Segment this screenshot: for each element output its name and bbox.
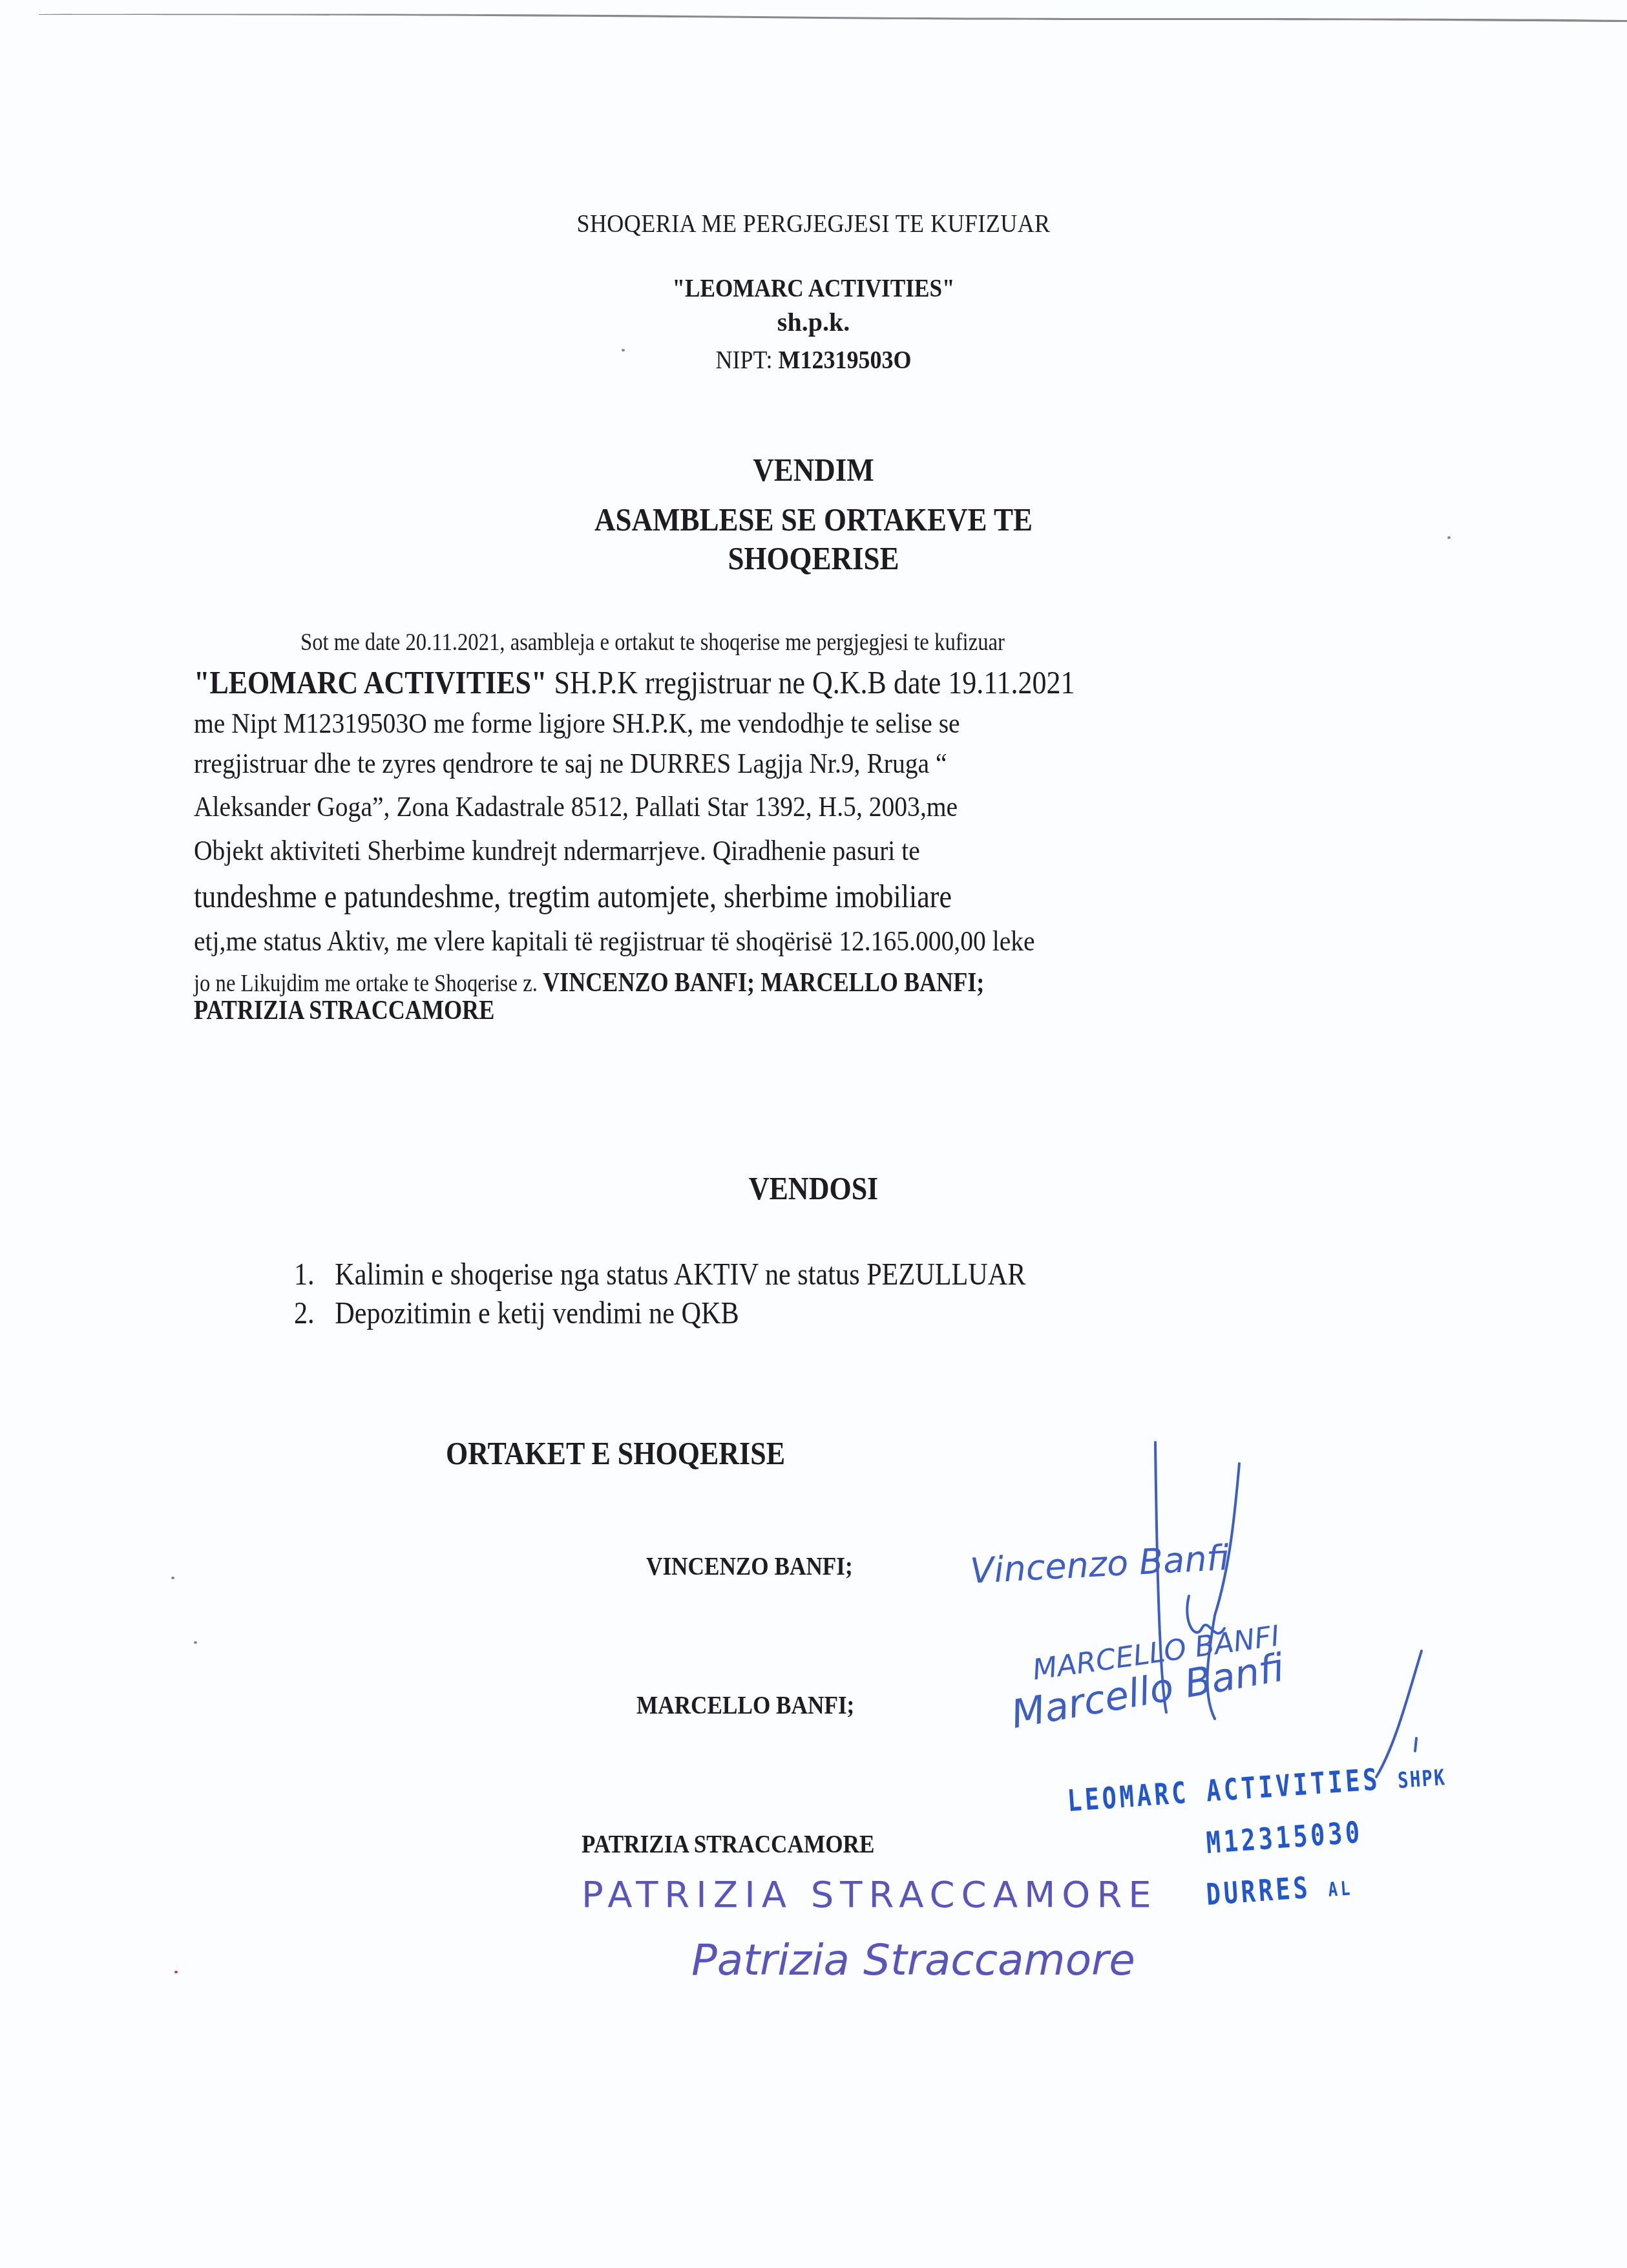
legal-form: sh.p.k. bbox=[0, 307, 1627, 337]
body-text: etj,me status Aktiv, me vlere kapitali t… bbox=[194, 925, 1035, 957]
decision-item: 2.Depozitimin e ketij vendimi ne QKB bbox=[294, 1296, 739, 1331]
signature-strokes bbox=[0, 0, 1627, 2268]
nipt: NIPT: M12319503O bbox=[81, 344, 1546, 375]
partner-names-inline: VINCENZO BANFI; MARCELLO BANFI; bbox=[543, 968, 984, 998]
partner-name-inline: PATRIZIA STRACCAMORE bbox=[194, 996, 494, 1025]
scan-speck bbox=[1447, 536, 1451, 539]
body-line: Aleksander Goga”, Zona Kadastrale 8512, … bbox=[194, 790, 958, 823]
body-line: me Nipt M12319503O me forme ligjore SH.P… bbox=[194, 706, 960, 740]
stamp-line-1: LEOMARC ACTIVITIES SHPK bbox=[1066, 1757, 1447, 1818]
scan-edge-line bbox=[39, 13, 1627, 22]
company-type: SHOQERIA ME PERGJEGJESI TE KUFIZUAR bbox=[81, 208, 1546, 238]
partners-heading: ORTAKET E SHOQERISE bbox=[446, 1434, 785, 1472]
stamp-city: DURRES bbox=[1205, 1870, 1312, 1912]
item-number: 1. bbox=[294, 1257, 335, 1292]
body-text: me Nipt M12319503O me forme ligjore SH.P… bbox=[194, 707, 960, 739]
body-line: Objekt aktiviteti Sherbime kundrejt nder… bbox=[194, 834, 920, 867]
decision-item: 1.Kalimin e shoqerise nga status AKTIV n… bbox=[294, 1257, 1026, 1292]
body-line: jo ne Likujdim me ortake te Shoqerise z.… bbox=[194, 967, 984, 998]
scan-speck bbox=[622, 349, 625, 352]
nipt-value: M12319503O bbox=[779, 345, 912, 374]
stamp-line-3: DURRES AL bbox=[1205, 1867, 1354, 1912]
body-text: Aleksander Goga”, Zona Kadastrale 8512, … bbox=[194, 790, 958, 823]
decision-heading: VENDOSI bbox=[98, 1170, 1529, 1207]
stamp-company: LEOMARC ACTIVITIES bbox=[1066, 1761, 1381, 1818]
body-text: Sot me date 20.11.2021, asambleja e orta… bbox=[300, 629, 1005, 656]
body-text: Objekt aktiviteti Sherbime kundrejt nder… bbox=[194, 834, 920, 866]
scan-speck bbox=[174, 1971, 178, 1973]
signature-patrizia-print: PATRIZIA STRACCAMORE bbox=[582, 1874, 1158, 1916]
nipt-label: NIPT: bbox=[715, 345, 772, 374]
body-line: "LEOMARC ACTIVITIES" SH.P.K rregjistruar… bbox=[194, 664, 1075, 701]
scan-speck bbox=[171, 1577, 174, 1579]
item-number: 2. bbox=[294, 1296, 335, 1331]
scan-speck bbox=[194, 1641, 197, 1644]
body-line: rregjistruar dhe te zyres qendrore te sa… bbox=[194, 746, 947, 780]
document-title: VENDIM bbox=[81, 451, 1546, 488]
body-line: tundeshme e patundeshme, tregtim automje… bbox=[194, 877, 952, 915]
signer-name: PATRIZIA STRACCAMORE bbox=[582, 1829, 874, 1859]
signature-vincenzo: Vincenzo Banfi bbox=[969, 1537, 1230, 1591]
company-name-inline: "LEOMARC ACTIVITIES" bbox=[194, 664, 547, 700]
body-text: SH.P.K rregjistruar ne Q.K.B date 19.11.… bbox=[547, 664, 1075, 700]
item-text: Kalimin e shoqerise nga status AKTIV ne … bbox=[335, 1257, 1025, 1292]
stamp-country: AL bbox=[1327, 1877, 1354, 1902]
company-name: "LEOMARC ACTIVITIES" bbox=[98, 273, 1529, 303]
body-text: tundeshme e patundeshme, tregtim automje… bbox=[194, 878, 952, 914]
body-text: rregjistruar dhe te zyres qendrore te sa… bbox=[194, 747, 947, 779]
body-line: etj,me status Aktiv, me vlere kapitali t… bbox=[194, 924, 1035, 958]
document-subtitle-1: ASAMBLESE SE ORTAKEVE TE bbox=[81, 501, 1546, 538]
signer-name: VINCENZO BANFI; bbox=[646, 1551, 853, 1581]
stamp-suffix: SHPK bbox=[1397, 1765, 1447, 1794]
body-line: PATRIZIA STRACCAMORE bbox=[194, 995, 494, 1026]
body-line: Sot me date 20.11.2021, asambleja e orta… bbox=[300, 628, 1005, 656]
item-text: Depozitimin e ketij vendimi ne QKB bbox=[335, 1296, 739, 1330]
signer-name: MARCELLO BANFI; bbox=[636, 1690, 854, 1720]
stamp-line-2: M12315030 bbox=[1205, 1814, 1364, 1860]
signature-patrizia: Patrizia Straccamore bbox=[691, 1935, 1135, 1985]
body-text: jo ne Likujdim me ortake te Shoqerise z. bbox=[194, 970, 543, 997]
document-subtitle-2: SHOQERISE bbox=[81, 540, 1546, 577]
